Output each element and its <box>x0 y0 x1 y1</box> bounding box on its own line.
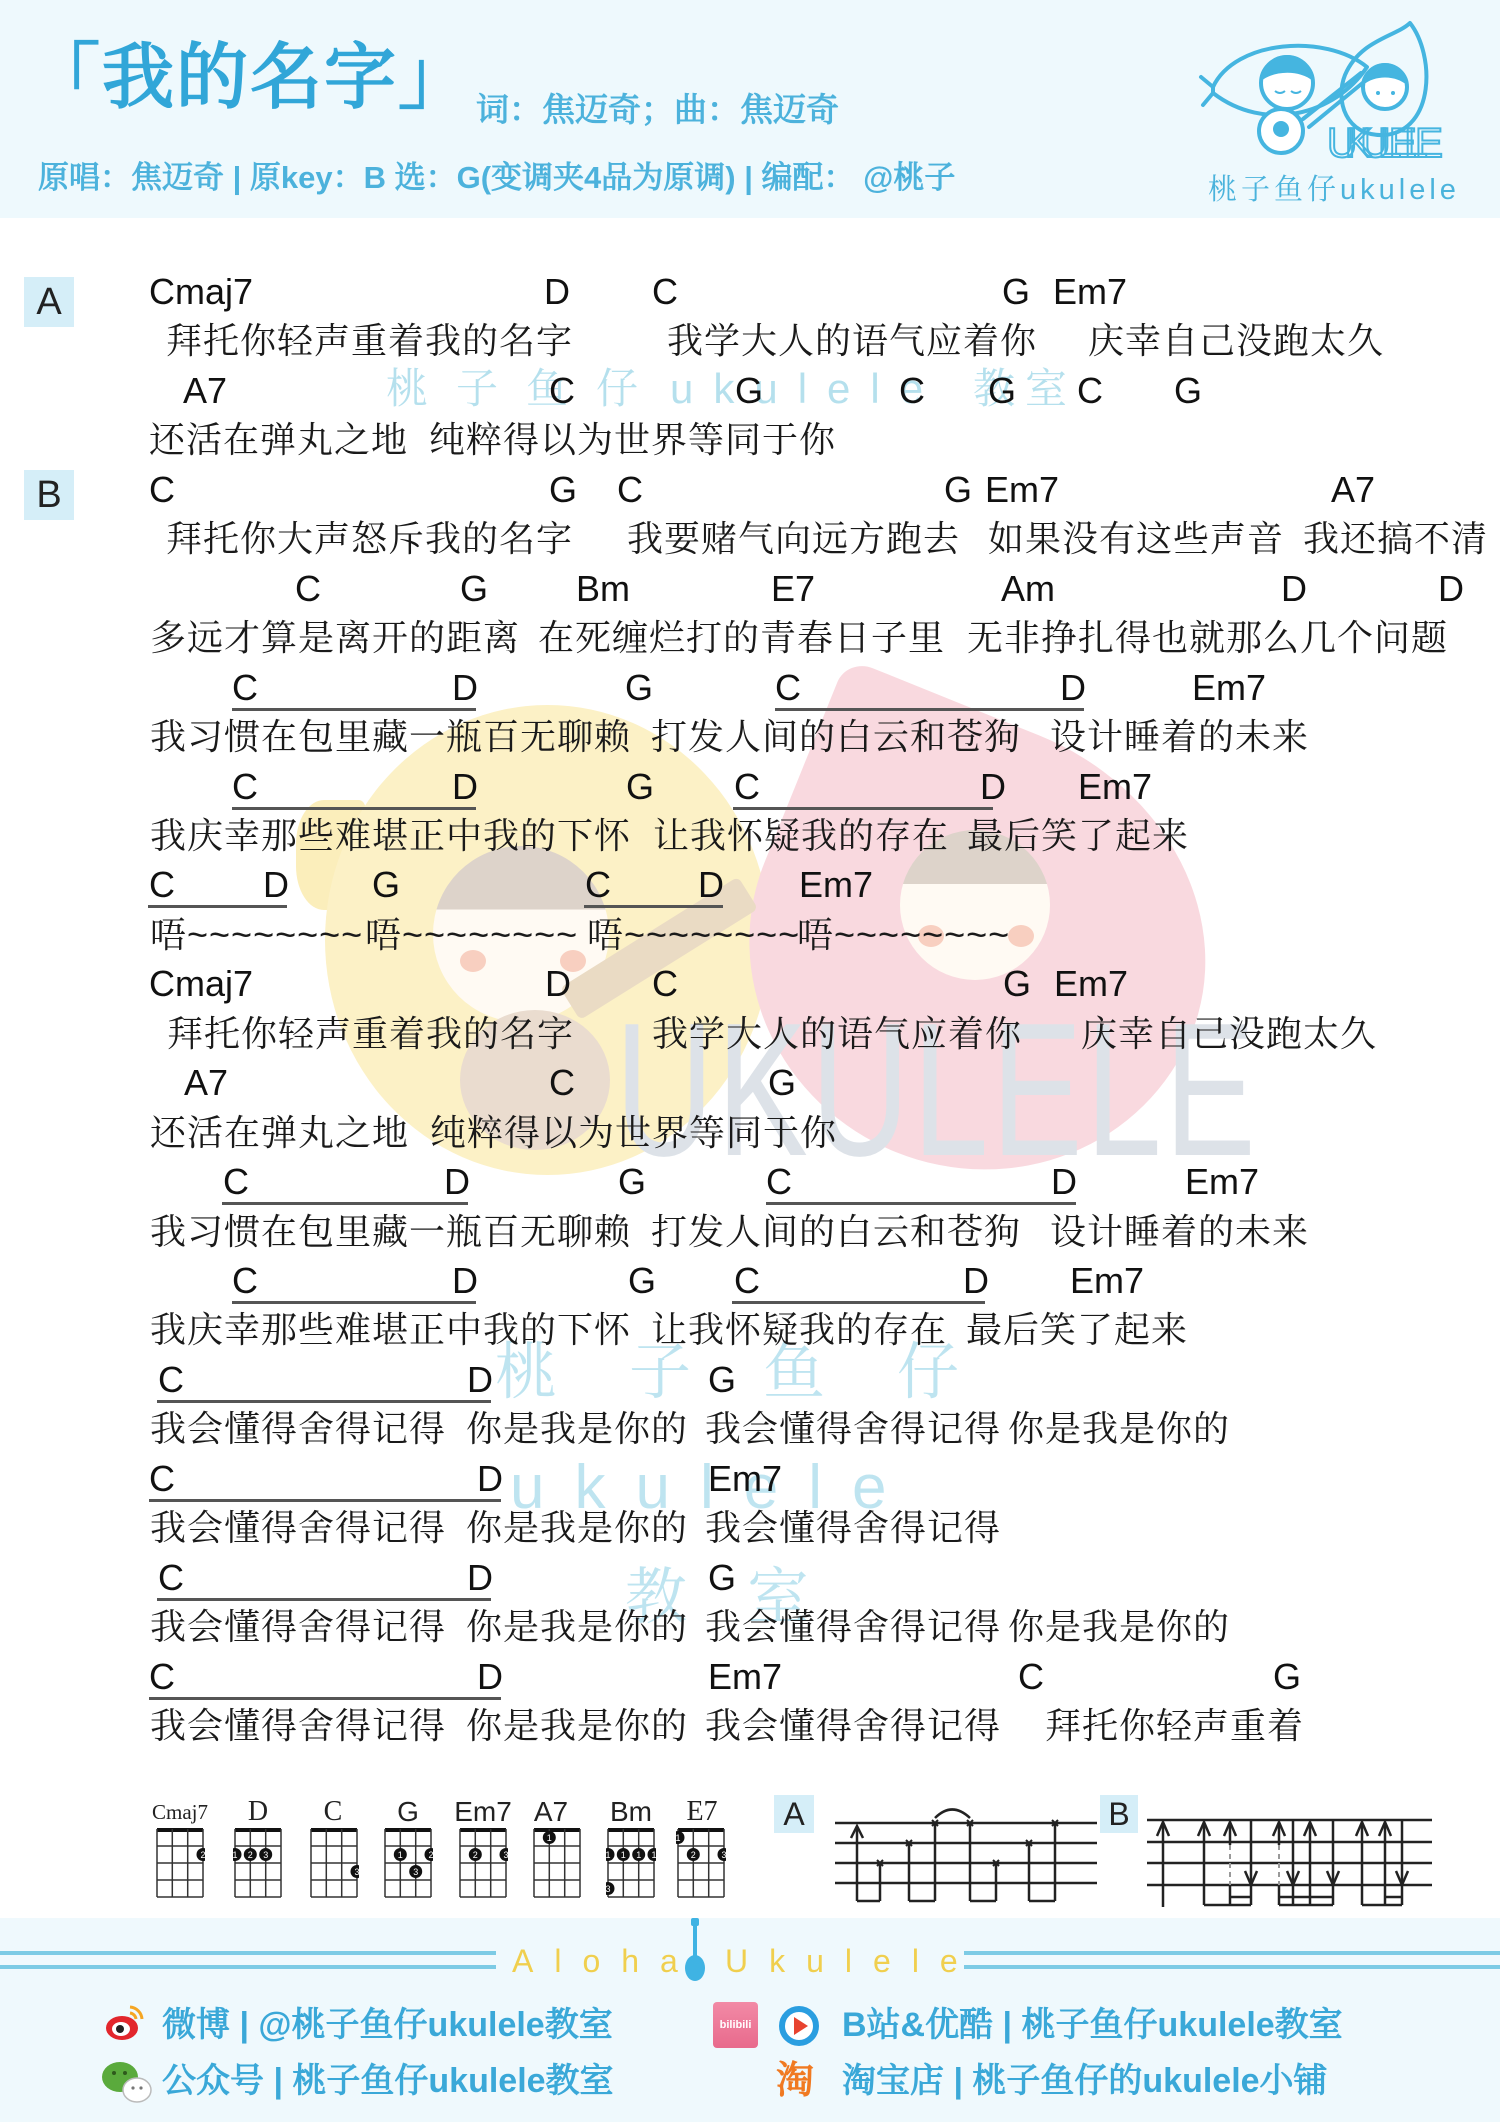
lyric-line: 拜托你大声怒斥我的名字 我要赌气向远方跑去 如果没有这些声音 我还搞不清 <box>0 514 1500 564</box>
chord-group-underline <box>148 905 287 908</box>
lyric-line: 多远才算是离开的距离 在死缠烂打的青春日子里 无非挣扎得也就那么几个问题 <box>0 613 1500 663</box>
chord: G <box>549 465 577 515</box>
lyric: 纯粹得以为世界等同于你 <box>430 1108 837 1158</box>
chord: E7 <box>771 564 815 614</box>
chord: D <box>467 1553 493 1603</box>
chord: G <box>708 1553 736 1603</box>
finger-number: 3 <box>413 1867 418 1877</box>
bilibili-icon: bilibili <box>713 2002 758 2048</box>
lyric-hum: 唔~~~~~~~~ <box>587 910 800 960</box>
lyric: 如果没有这些声音 <box>988 514 1284 564</box>
chord-sheet-page: 「我的名字」 词：焦迈奇；曲：焦迈奇 原唱：焦迈奇 | 原key：B 选：G(变… <box>0 0 1500 2122</box>
chord: Em7 <box>985 465 1059 515</box>
chord: Em7 <box>708 1454 782 1504</box>
chord: C <box>617 465 643 515</box>
weibo-icon <box>104 2003 146 2043</box>
ukulele-icon <box>683 1918 707 1982</box>
lyric: 我学大人的语气应着你 <box>652 1009 1022 1059</box>
lyric: 庆幸自己没跑太久 <box>1088 316 1384 366</box>
finger-number: 1 <box>676 1833 681 1843</box>
chord-line: A7 C G <box>0 1058 1500 1108</box>
finger-number: 1 <box>547 1833 552 1843</box>
lyric: 我会懂得舍得记得 <box>150 1701 446 1751</box>
chord: Am <box>1001 564 1055 614</box>
chord: C <box>232 762 258 812</box>
lyric-line: 拜托你轻声重着我的名字 我学大人的语气应着你 庆幸自己没跑太久 <box>0 316 1500 366</box>
chord-group-underline <box>232 807 476 810</box>
chord: A7 <box>1331 465 1375 515</box>
strum-pattern-label-b: B <box>1100 1795 1138 1833</box>
chord: Em7 <box>1070 1256 1144 1306</box>
chord-diagram-label: D <box>218 1794 298 1830</box>
lyric: 拜托你轻声重着我的名字 <box>166 316 573 366</box>
chord: D <box>452 663 478 713</box>
lyric-line: 我会懂得舍得记得 你是我是你的 我会懂得舍得记得 你是我是你的 <box>0 1602 1500 1652</box>
chord: C <box>734 1256 760 1306</box>
chord-group-underline <box>149 1499 501 1502</box>
finger-number: 3 <box>503 1850 508 1860</box>
chord: G <box>460 564 488 614</box>
ukulele-fish-logo-icon: UKULELE <box>1195 15 1465 165</box>
divider-text-aloha: Aloha <box>512 1940 699 1982</box>
taobao-icon: 淘 <box>776 2058 814 2104</box>
chord-group-underline <box>157 1400 491 1403</box>
chord: A7 <box>183 366 227 416</box>
lyric: 打发人间的白云和苍狗 <box>651 712 1021 762</box>
chord: D <box>477 1652 503 1702</box>
lyric: 最后笑了起来 <box>967 811 1189 861</box>
chord: G <box>618 1157 646 1207</box>
chord: Cmaj7 <box>149 959 253 1009</box>
chord: Em7 <box>1185 1157 1259 1207</box>
divider-text-ukulele: Ukulele <box>725 1940 979 1982</box>
finger-number: 2 <box>428 1850 433 1860</box>
chord: G <box>628 1256 656 1306</box>
lyric-line: 还活在弹丸之地 纯粹得以为世界等同于你 <box>0 1108 1500 1158</box>
chord: C <box>232 1256 258 1306</box>
lyric: 我习惯在包里藏一瓶百无聊赖 <box>150 1207 631 1257</box>
lyric-line: 还活在弹丸之地 纯粹得以为世界等同于你 <box>0 415 1500 465</box>
chord: C <box>652 267 678 317</box>
chord-group-underline <box>733 807 993 810</box>
finger-number: 2 <box>473 1850 478 1860</box>
chord-line: C D Em7 <box>0 1454 1500 1504</box>
chord-diagram-label: Bm <box>591 1794 671 1830</box>
lyric: 你是我是你的 <box>1008 1404 1230 1454</box>
chord: C <box>149 465 175 515</box>
chord-group-underline <box>232 708 476 711</box>
chord-diagram-a7: 1 <box>532 1827 582 1899</box>
chord-diagram-e7: 1 2 3 <box>676 1827 726 1899</box>
chord: A7 <box>184 1058 228 1108</box>
chord: D <box>545 959 571 1009</box>
chord: C <box>232 663 258 713</box>
chord: C <box>549 366 575 416</box>
lyric: 让我怀疑我的存在 <box>653 811 949 861</box>
song-credits: 词：焦迈奇；曲：焦迈奇 <box>476 90 839 130</box>
bilibili-youku-link-text: B站&优酷 | 桃子鱼仔ukulele教室 <box>842 2003 1343 2047</box>
lyric: 最后笑了起来 <box>966 1305 1188 1355</box>
lyric-line: 拜托你轻声重着我的名字 我学大人的语气应着你 庆幸自己没跑太久 <box>0 1009 1500 1059</box>
chord: Em7 <box>1053 267 1127 317</box>
chord: G <box>1003 959 1031 1009</box>
lyric: 我要赌气向远方跑去 <box>627 514 960 564</box>
chord-line: C D G C D Em7 <box>0 762 1500 812</box>
lyric-line: 唔~~~~~~~~ 唔~~~~~~~~ 唔~~~~~~~~ 唔~~~~~~~~ <box>0 910 1500 960</box>
chord: D <box>1281 564 1307 614</box>
chord: G <box>735 366 763 416</box>
chord-line: C D G C D Em7 <box>0 1157 1500 1207</box>
lyric: 让我怀疑我的存在 <box>651 1305 947 1355</box>
lyric: 你是我是你的 <box>1008 1602 1230 1652</box>
chord: C <box>149 1652 175 1702</box>
chord: C <box>585 860 611 910</box>
chord: G <box>372 860 400 910</box>
chord: G <box>625 663 653 713</box>
lyric-line: 我会懂得舍得记得 你是我是你的 我会懂得舍得记得 <box>0 1503 1500 1553</box>
weibo-link-text: 微博 | @桃子鱼仔ukulele教室 <box>162 2003 613 2047</box>
lyric: 我会懂得舍得记得 <box>705 1602 1001 1652</box>
chord-line: C D Em7 C G <box>0 1652 1500 1702</box>
chord: D <box>698 860 724 910</box>
chord-diagram-bm: 1 1 1 1 3 <box>606 1827 656 1899</box>
strum-pattern-b <box>1147 1805 1437 1910</box>
chord: D <box>452 762 478 812</box>
chord-diagram-em7: 2 3 <box>458 1827 508 1899</box>
chord-diagram-label: G <box>368 1794 448 1830</box>
finger-number: 3 <box>263 1850 268 1860</box>
chord-group-underline <box>766 1202 1076 1205</box>
chord: C <box>899 366 925 416</box>
chord-line: C D G C D Em7 <box>0 1256 1500 1306</box>
chord-line: C G Bm E7 Am D D <box>0 564 1500 614</box>
lyric: 我庆幸那些难堪正中我的下怀 <box>150 811 631 861</box>
chord: C <box>1077 366 1103 416</box>
lyric: 我会懂得舍得记得 <box>705 1404 1001 1454</box>
chord: C <box>1018 1652 1044 1702</box>
chord: D <box>263 860 289 910</box>
chord: C <box>223 1157 249 1207</box>
chord-group-underline <box>222 1202 468 1205</box>
song-title: 「我的名字」 <box>28 28 472 128</box>
lyric: 还活在弹丸之地 <box>150 1108 409 1158</box>
chord-line: C D G C D Em7 <box>0 663 1500 713</box>
lyric: 多远才算是离开的距离 <box>150 613 520 663</box>
finger-number: 2 <box>691 1850 696 1860</box>
lyric: 还活在弹丸之地 <box>149 415 408 465</box>
lyric: 我会懂得舍得记得 <box>150 1602 446 1652</box>
lyric: 打发人间的白云和苍狗 <box>651 1207 1021 1257</box>
chord: D <box>544 267 570 317</box>
chord-line: A7 C G C G C G <box>0 366 1500 416</box>
lyric: 你是我是你的 <box>466 1404 688 1454</box>
chord: C <box>149 1454 175 1504</box>
finger-number: 3 <box>606 1884 611 1894</box>
chord-line: C D G C D Em7 <box>0 860 1500 910</box>
lyric: 我庆幸那些难堪正中我的下怀 <box>150 1305 631 1355</box>
chord: D <box>1051 1157 1077 1207</box>
finger-number: 1 <box>606 1850 611 1860</box>
chord: C <box>158 1355 184 1405</box>
finger-number: 2 <box>200 1850 205 1860</box>
chord: D <box>1060 663 1086 713</box>
chord: G <box>1174 366 1202 416</box>
chord: Em7 <box>1054 959 1128 1009</box>
lyric: 拜托你轻声重着 <box>1045 1701 1304 1751</box>
lyric-line: 我习惯在包里藏一瓶百无聊赖 打发人间的白云和苍狗 设计睡着的未来 <box>0 712 1500 762</box>
divider-line <box>964 1951 1500 1955</box>
logo-word: UKULELE <box>1327 119 1443 165</box>
chord: G <box>1273 1652 1301 1702</box>
wechat-icon <box>100 2058 154 2106</box>
lyric-line: 我庆幸那些难堪正中我的下怀 让我怀疑我的存在 最后笑了起来 <box>0 1305 1500 1355</box>
chord: Em7 <box>799 860 873 910</box>
finger-number: 1 <box>233 1850 238 1860</box>
lyric-hum: 唔~~~~~~~~ <box>797 910 1010 960</box>
strum-pattern-a <box>835 1805 1100 1910</box>
lyric: 我会懂得舍得记得 <box>150 1404 446 1454</box>
wechat-link-text: 公众号 | 桃子鱼仔ukulele教室 <box>162 2059 614 2103</box>
strum-pattern-label-a: A <box>774 1795 814 1833</box>
song-info: 原唱：焦迈奇 | 原key：B 选：G(变调夹4品为原调) | 编配： @桃子 <box>38 158 955 198</box>
brand-name: 桃子鱼仔ukulele <box>1208 170 1460 210</box>
lyric: 在死缠烂打的青春日子里 <box>538 613 945 663</box>
chord-group-underline <box>232 1301 476 1304</box>
chord-diagram-c: 3 <box>309 1827 359 1899</box>
chord: C <box>734 762 760 812</box>
chord: C <box>766 1157 792 1207</box>
finger-number: 2 <box>248 1850 253 1860</box>
lyric: 我会懂得舍得记得 <box>150 1503 446 1553</box>
lyric-line: 我会懂得舍得记得 你是我是你的 我会懂得舍得记得 拜托你轻声重着 <box>0 1701 1500 1751</box>
chord: D <box>467 1355 493 1405</box>
finger-number: 3 <box>721 1850 726 1860</box>
chord: Cmaj7 <box>149 267 253 317</box>
lyric-hum: 唔~~~~~~~~ <box>150 910 363 960</box>
lyric: 我会懂得舍得记得 <box>705 1503 1001 1553</box>
chord-line: C G C G Em7 A7 <box>0 465 1500 515</box>
finger-number: 3 <box>354 1867 359 1877</box>
chord: G <box>768 1058 796 1108</box>
chord: C <box>149 860 175 910</box>
finger-number: 1 <box>398 1850 403 1860</box>
lyric: 我学大人的语气应着你 <box>667 316 1037 366</box>
chord-diagram-g: 1 2 3 <box>383 1827 433 1899</box>
lyric: 拜托你大声怒斥我的名字 <box>166 514 573 564</box>
chord-group-underline <box>732 1301 985 1304</box>
lyric: 你是我是你的 <box>466 1602 688 1652</box>
lyric: 庆幸自己没跑太久 <box>1081 1009 1377 1059</box>
chord: D <box>963 1256 989 1306</box>
chord-diagram-d: 1 2 3 <box>233 1827 283 1899</box>
chord: C <box>652 959 678 1009</box>
chord-group-underline <box>584 905 723 908</box>
lyric: 你是我是你的 <box>466 1701 688 1751</box>
chord: Em7 <box>1078 762 1152 812</box>
lyric-line: 我庆幸那些难堪正中我的下怀 让我怀疑我的存在 最后笑了起来 <box>0 811 1500 861</box>
chord: D <box>980 762 1006 812</box>
divider-line <box>0 1965 496 1969</box>
chord-group-underline <box>775 708 1084 711</box>
lyric: 我会懂得舍得记得 <box>705 1701 1001 1751</box>
lyric: 拜托你轻声重着我的名字 <box>167 1009 574 1059</box>
divider-line <box>0 1951 496 1955</box>
lyric-line: 我习惯在包里藏一瓶百无聊赖 打发人间的白云和苍狗 设计睡着的未来 <box>0 1207 1500 1257</box>
youku-icon <box>778 2005 820 2047</box>
chord: G <box>626 762 654 812</box>
lyric: 设计睡着的未来 <box>1050 1207 1309 1257</box>
chord-diagram-label: E7 <box>662 1794 742 1830</box>
lyric: 设计睡着的未来 <box>1050 712 1309 762</box>
taobao-link-text: 淘宝店 | 桃子鱼仔的ukulele小铺 <box>842 2059 1328 2103</box>
lyric: 你是我是你的 <box>466 1503 688 1553</box>
chord-diagram-cmaj7: 2 <box>155 1827 205 1899</box>
lyric-line: 我会懂得舍得记得 你是我是你的 我会懂得舍得记得 你是我是你的 <box>0 1404 1500 1454</box>
chord: Bm <box>576 564 630 614</box>
chord: D <box>452 1256 478 1306</box>
chord: G <box>988 366 1016 416</box>
finger-number: 1 <box>636 1850 641 1860</box>
lyric: 纯粹得以为世界等同于你 <box>429 415 836 465</box>
chord: G <box>944 465 972 515</box>
chord: C <box>549 1058 575 1108</box>
chord-diagram-label: A7 <box>511 1794 591 1830</box>
chord: C <box>775 663 801 713</box>
chord: Em7 <box>708 1652 782 1702</box>
chord: G <box>1002 267 1030 317</box>
lyric-hum: 唔~~~~~~~~ <box>365 910 578 960</box>
chord: D <box>1438 564 1464 614</box>
header: 「我的名字」 词：焦迈奇；曲：焦迈奇 原唱：焦迈奇 | 原key：B 选：G(变… <box>0 0 1500 218</box>
chord-diagram-label: C <box>293 1794 373 1830</box>
chord-line: Cmaj7 D C G Em7 <box>0 267 1500 317</box>
chord: G <box>708 1355 736 1405</box>
chord-group-underline <box>149 1697 501 1700</box>
chord: Em7 <box>1192 663 1266 713</box>
chord-diagram-label: Cmaj7 <box>140 1794 220 1830</box>
chord-line: C D G <box>0 1355 1500 1405</box>
lyric: 我还搞不清 <box>1303 514 1488 564</box>
divider-line <box>964 1965 1500 1969</box>
finger-number: 1 <box>621 1850 626 1860</box>
lyric: 我习惯在包里藏一瓶百无聊赖 <box>150 712 631 762</box>
chord-line: Cmaj7 D C G Em7 <box>0 959 1500 1009</box>
finger-number: 1 <box>651 1850 656 1860</box>
chord: D <box>444 1157 470 1207</box>
chord: C <box>158 1553 184 1603</box>
chord: D <box>477 1454 503 1504</box>
chord-group-underline <box>157 1598 491 1601</box>
chord: C <box>295 564 321 614</box>
chord-line: C D G <box>0 1553 1500 1603</box>
lyric: 无非挣扎得也就那么几个问题 <box>967 613 1448 663</box>
